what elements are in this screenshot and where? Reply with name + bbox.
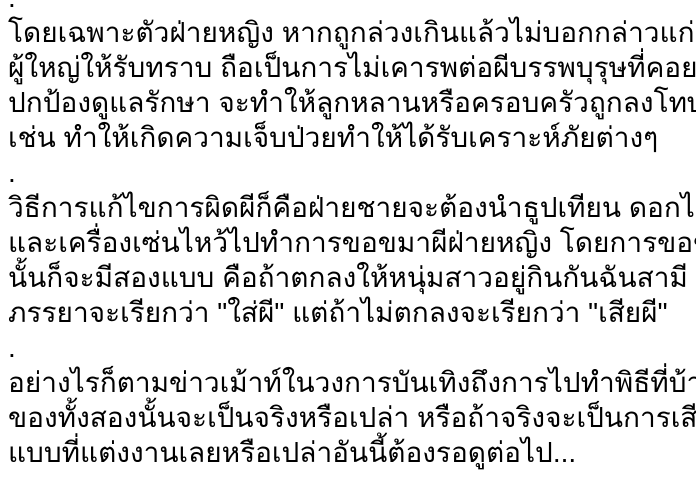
text-line: ของทั้งสองนั้นจะเป็นจริงหรือเปล่า หรือถ้… — [8, 400, 694, 435]
text-line: อย่างไรก็ตามข่าวเม้าท์ในวงการบันเทิงถึงก… — [8, 365, 694, 400]
text-line: แบบที่แต่งงานเลยหรือเปล่าอันนี้ต้องรอดูต… — [8, 435, 694, 470]
post-text-page: . โดยเฉพาะตัวฝ่ายหญิง หากถูกล่วงเกินแล้ว… — [0, 0, 696, 479]
paragraph-separator-dot: . — [8, 155, 694, 190]
text-line: โดยเฉพาะตัวฝ่ายหญิง หากถูกล่วงเกินแล้วไม… — [8, 15, 694, 50]
paragraph-separator-dot: . — [8, 330, 694, 365]
text-line: วิธีการแก้ไขการผิดผีก็คือฝ่ายชายจะต้องนำ… — [8, 190, 694, 225]
text-line: และเครื่องเซ่นไหว้ไปทำการขอขมาผีฝ่ายหญิง… — [8, 225, 694, 260]
text-line: ปกป้องดูแลรักษา จะทำให้ลูกหลานหรือครอบคร… — [8, 85, 694, 120]
text-line: นั้นก็จะมีสองแบบ คือถ้าตกลงให้หนุ่มสาวอย… — [8, 260, 694, 295]
text-line: เช่น ทำให้เกิดความเจ็บป่วยทำให้ได้รับเคร… — [8, 120, 694, 155]
post-body-text: . โดยเฉพาะตัวฝ่ายหญิง หากถูกล่วงเกินแล้ว… — [8, 0, 694, 470]
text-line: ภรรยาจะเรียกว่า "ใส่ผี" แต่ถ้าไม่ตกลงจะเ… — [8, 295, 694, 330]
text-line: ผู้ใหญ่ให้รับทราบ ถือเป็นการไม่เคารพต่อผ… — [8, 50, 694, 85]
paragraph-separator-dot: . — [8, 0, 694, 15]
